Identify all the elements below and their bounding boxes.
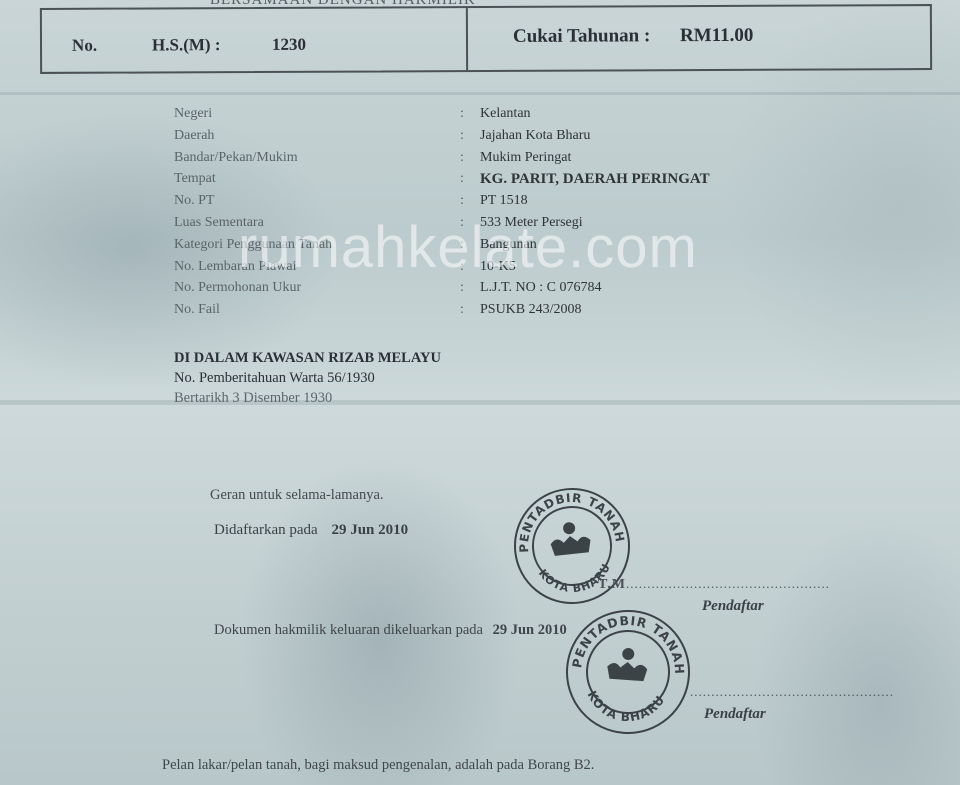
- field-colon: :: [460, 302, 464, 318]
- field-label: Daerah: [174, 128, 214, 144]
- field-label: Tempat: [174, 171, 216, 187]
- field-value: Kelantan: [480, 106, 531, 122]
- crest-icon: [601, 644, 654, 687]
- registration-line: Didaftarkan pada 29 Jun 2010: [214, 522, 408, 539]
- annual-tax-cell: Cukai Tahunan : RM11.00: [468, 6, 930, 70]
- field-value: PT 1518: [480, 193, 528, 209]
- field-value: Mukim Peringat: [480, 150, 571, 166]
- registrar-label-1: Pendaftar: [702, 598, 764, 615]
- issue-date: 29 Jun 2010: [493, 622, 567, 638]
- watermark: rumahkelate.com: [238, 214, 698, 281]
- field-value: PSUKB 243/2008: [480, 302, 582, 318]
- registrar-label-2: Pendaftar: [704, 706, 766, 723]
- registrar-signature-line-1: T.M.....................................…: [598, 576, 830, 593]
- gazette-number: No. Pemberitahuan Warta 56/1930: [174, 368, 441, 388]
- title-header-box: No. H.S.(M) : 1230 Cukai Tahunan : RM11.…: [40, 4, 932, 74]
- field-colon: :: [460, 128, 464, 144]
- title-number-cell: No. H.S.(M) : 1230: [42, 8, 468, 72]
- field-colon: :: [460, 193, 464, 209]
- reserve-title: DI DALAM KAWASAN RIZAB MELAYU: [174, 348, 441, 368]
- annual-tax-value: RM11.00: [680, 25, 753, 47]
- gazette-date: Bertarikh 3 Disember 1930: [174, 388, 441, 408]
- field-value: Jajahan Kota Bharu: [480, 128, 590, 144]
- field-label: No. PT: [174, 193, 214, 209]
- paper-fold: [0, 400, 960, 405]
- registrar-signature-line-2: ........................................…: [690, 684, 894, 700]
- title-type-label: H.S.(M) :: [152, 35, 221, 55]
- field-value: L.J.T. NO : C 076784: [480, 280, 601, 296]
- title-number: 1230: [272, 35, 306, 55]
- field-colon: :: [460, 171, 464, 187]
- registration-date: 29 Jun 2010: [331, 522, 408, 538]
- field-colon: :: [460, 280, 464, 296]
- field-label: Negeri: [174, 106, 212, 122]
- plan-reference-note: Pelan lakar/pelan tanah, bagi maksud pen…: [162, 757, 594, 774]
- land-office-stamp: PENTADBIR TANAH KOTA BHARU: [562, 606, 694, 738]
- field-value: KG. PARIT, DAERAH PERINGAT: [480, 171, 710, 188]
- malay-reserve-section: DI DALAM KAWASAN RIZAB MELAYU No. Pember…: [174, 348, 441, 408]
- crest-icon: [543, 518, 597, 563]
- issue-label: Dokumen hakmilik keluaran dikeluarkan pa…: [214, 622, 483, 638]
- paper-fold: [0, 92, 960, 95]
- field-label: Bandar/Pekan/Mukim: [174, 150, 298, 166]
- field-colon: :: [460, 106, 464, 122]
- field-colon: :: [460, 150, 464, 166]
- title-no-label: No.: [72, 36, 97, 56]
- field-label: No. Permohonan Ukur: [174, 280, 301, 296]
- issue-line: Dokumen hakmilik keluaran dikeluarkan pa…: [214, 622, 567, 639]
- annual-tax-label: Cukai Tahunan :: [513, 25, 650, 48]
- registration-label: Didaftarkan pada: [214, 522, 318, 538]
- grant-statement: Geran untuk selama-lamanya.: [210, 487, 384, 504]
- field-label: No. Fail: [174, 302, 220, 318]
